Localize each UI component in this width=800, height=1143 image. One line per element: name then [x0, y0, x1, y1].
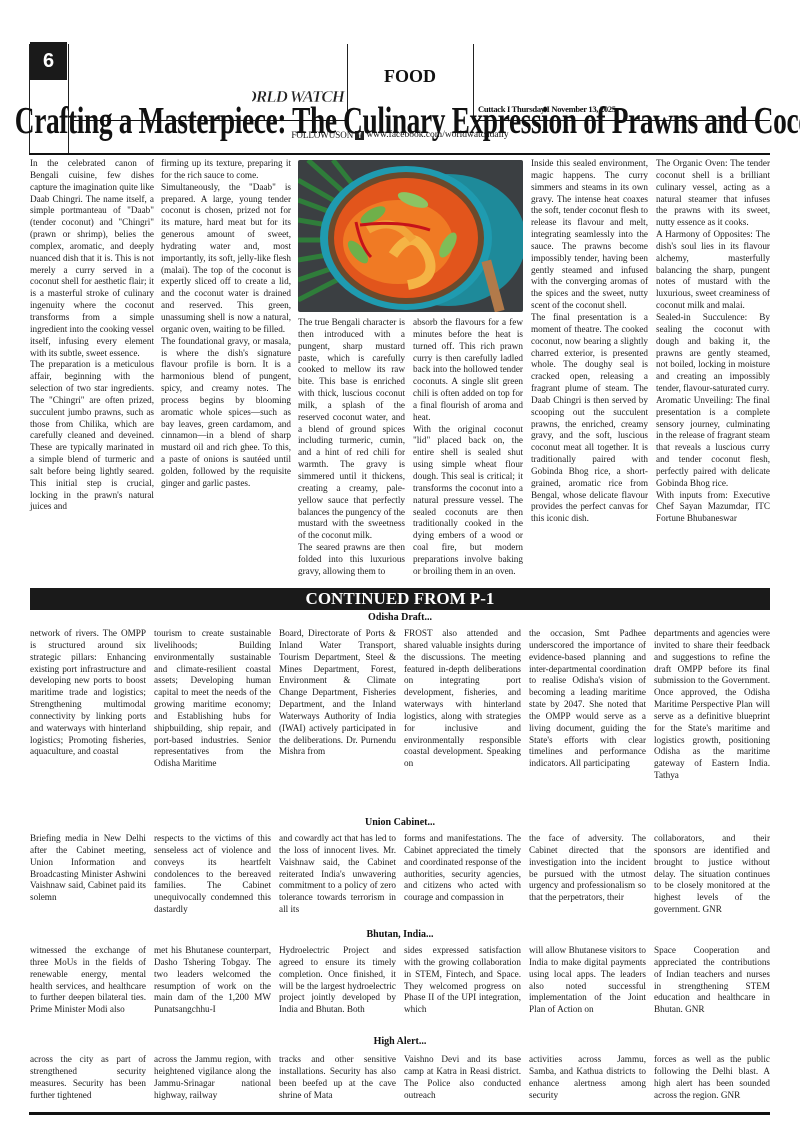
continued-banner: CONTINUED FROM P-1	[30, 588, 770, 610]
bhutan-column-6: Space Cooperation and appreciated the co…	[654, 945, 770, 1040]
cabinet-column-3: and cowardly act that has led to the los…	[279, 833, 396, 928]
column-text: will allow Bhutanese visitors to India t…	[529, 945, 646, 1016]
section-heading-union-cabinet: Union Cabinet...	[0, 817, 800, 828]
cabinet-column-6: collaborators, and their sponsors are id…	[654, 833, 770, 928]
column-text: Board, Directorate of Ports & Inland Wat…	[279, 628, 396, 758]
alert-column-4: Vaishno Devi and its base camp at Katra …	[404, 1054, 521, 1110]
column-text: collaborators, and their sponsors are id…	[654, 833, 770, 916]
odisha-column-4: FROST also attended and shared valuable …	[404, 628, 521, 818]
column-text: departments and agencies were invited to…	[654, 628, 770, 782]
column-text: witnessed the exchange of three MoUs in …	[30, 945, 146, 1016]
section-heading-high-alert: High Alert...	[0, 1036, 800, 1047]
article-text: firming up its texture, preparing it for…	[161, 158, 291, 490]
odisha-column-1: network of rivers. The OMPP is structure…	[30, 628, 146, 818]
bhutan-column-4: sides expressed satisfaction with the gr…	[404, 945, 521, 1040]
prawn-curry-image	[298, 160, 523, 312]
bhutan-column-5: will allow Bhutanese visitors to India t…	[529, 945, 646, 1040]
alert-column-1: across the city as part of strengthened …	[30, 1054, 146, 1110]
column-text: Briefing media in New Delhi after the Ca…	[30, 833, 146, 904]
cabinet-column-4: forms and manifestations. The Cabinet ap…	[404, 833, 521, 928]
column-text: across the city as part of strengthened …	[30, 1054, 146, 1101]
column-text: and cowardly act that has led to the los…	[279, 833, 396, 916]
column-text: Vaishno Devi and its base camp at Katra …	[404, 1054, 521, 1101]
column-text: sides expressed satisfaction with the gr…	[404, 945, 521, 1016]
article-column-5: Inside this sealed environment, magic ha…	[531, 158, 648, 583]
bhutan-column-1: witnessed the exchange of three MoUs in …	[30, 945, 146, 1040]
article-column-2: firming up its texture, preparing it for…	[161, 158, 291, 583]
article-text: The true Bengali character is then intro…	[298, 317, 405, 578]
section-heading-bhutan-india: Bhutan, India...	[0, 929, 800, 940]
alert-column-5: activities across Jammu, Samba, and Kath…	[529, 1054, 646, 1110]
column-text: the occasion, Smt Padhee underscored the…	[529, 628, 646, 770]
cabinet-column-5: the face of adversity. The Cabinet direc…	[529, 833, 646, 928]
column-text: activities across Jammu, Samba, and Kath…	[529, 1054, 646, 1101]
bottom-rule	[29, 1112, 770, 1115]
column-text: respects to the victims of this senseles…	[154, 833, 271, 916]
article-text: The Organic Oven: The tender coconut she…	[656, 158, 770, 525]
column-text: forces as well as the public following t…	[654, 1054, 770, 1101]
bhutan-column-2: met his Bhutanese counterpart, Dasho Tsh…	[154, 945, 271, 1040]
cabinet-column-2: respects to the victims of this senseles…	[154, 833, 271, 928]
section-heading-odisha-draft: Odisha Draft...	[0, 612, 800, 623]
bhutan-column-3: Hydroelectric Project and agreed to ensu…	[279, 945, 396, 1040]
article-column-3: The true Bengali character is then intro…	[298, 317, 405, 583]
odisha-column-5: the occasion, Smt Padhee underscored the…	[529, 628, 646, 818]
article-headline: Crafting a Masterpiece: The Culinary Exp…	[15, 95, 785, 147]
column-text: forms and manifestations. The Cabinet ap…	[404, 833, 521, 904]
column-text: Hydroelectric Project and agreed to ensu…	[279, 945, 396, 1016]
column-text: tracks and other sensitive installations…	[279, 1054, 396, 1101]
article-text: absorb the flavours for a few minutes be…	[413, 317, 523, 578]
odisha-column-6: departments and agencies were invited to…	[654, 628, 770, 818]
odisha-column-2: tourism to create sustainable livelihood…	[154, 628, 271, 818]
alert-column-2: across the Jammu region, with heightened…	[154, 1054, 271, 1110]
section-label: FOOD	[370, 66, 450, 87]
article-text: Inside this sealed environment, magic ha…	[531, 158, 648, 525]
column-text: the face of adversity. The Cabinet direc…	[529, 833, 646, 904]
alert-column-6: forces as well as the public following t…	[654, 1054, 770, 1110]
column-text: network of rivers. The OMPP is structure…	[30, 628, 146, 758]
column-text: FROST also attended and shared valuable …	[404, 628, 521, 770]
column-text: met his Bhutanese counterpart, Dasho Tsh…	[154, 945, 271, 1016]
article-column-1: In the celebrated canon of Bengali cuisi…	[30, 158, 154, 583]
article-column-4: absorb the flavours for a few minutes be…	[413, 317, 523, 583]
cabinet-column-1: Briefing media in New Delhi after the Ca…	[30, 833, 146, 928]
article-photo	[298, 160, 523, 312]
column-text: Space Cooperation and appreciated the co…	[654, 945, 770, 1016]
column-text: tourism to create sustainable livelihood…	[154, 628, 271, 770]
article-column-6: The Organic Oven: The tender coconut she…	[656, 158, 770, 583]
page-number: 6	[30, 42, 67, 80]
alert-column-3: tracks and other sensitive installations…	[279, 1054, 396, 1110]
article-text: In the celebrated canon of Bengali cuisi…	[30, 158, 154, 513]
odisha-column-3: Board, Directorate of Ports & Inland Wat…	[279, 628, 396, 818]
column-text: across the Jammu region, with heightened…	[154, 1054, 271, 1101]
